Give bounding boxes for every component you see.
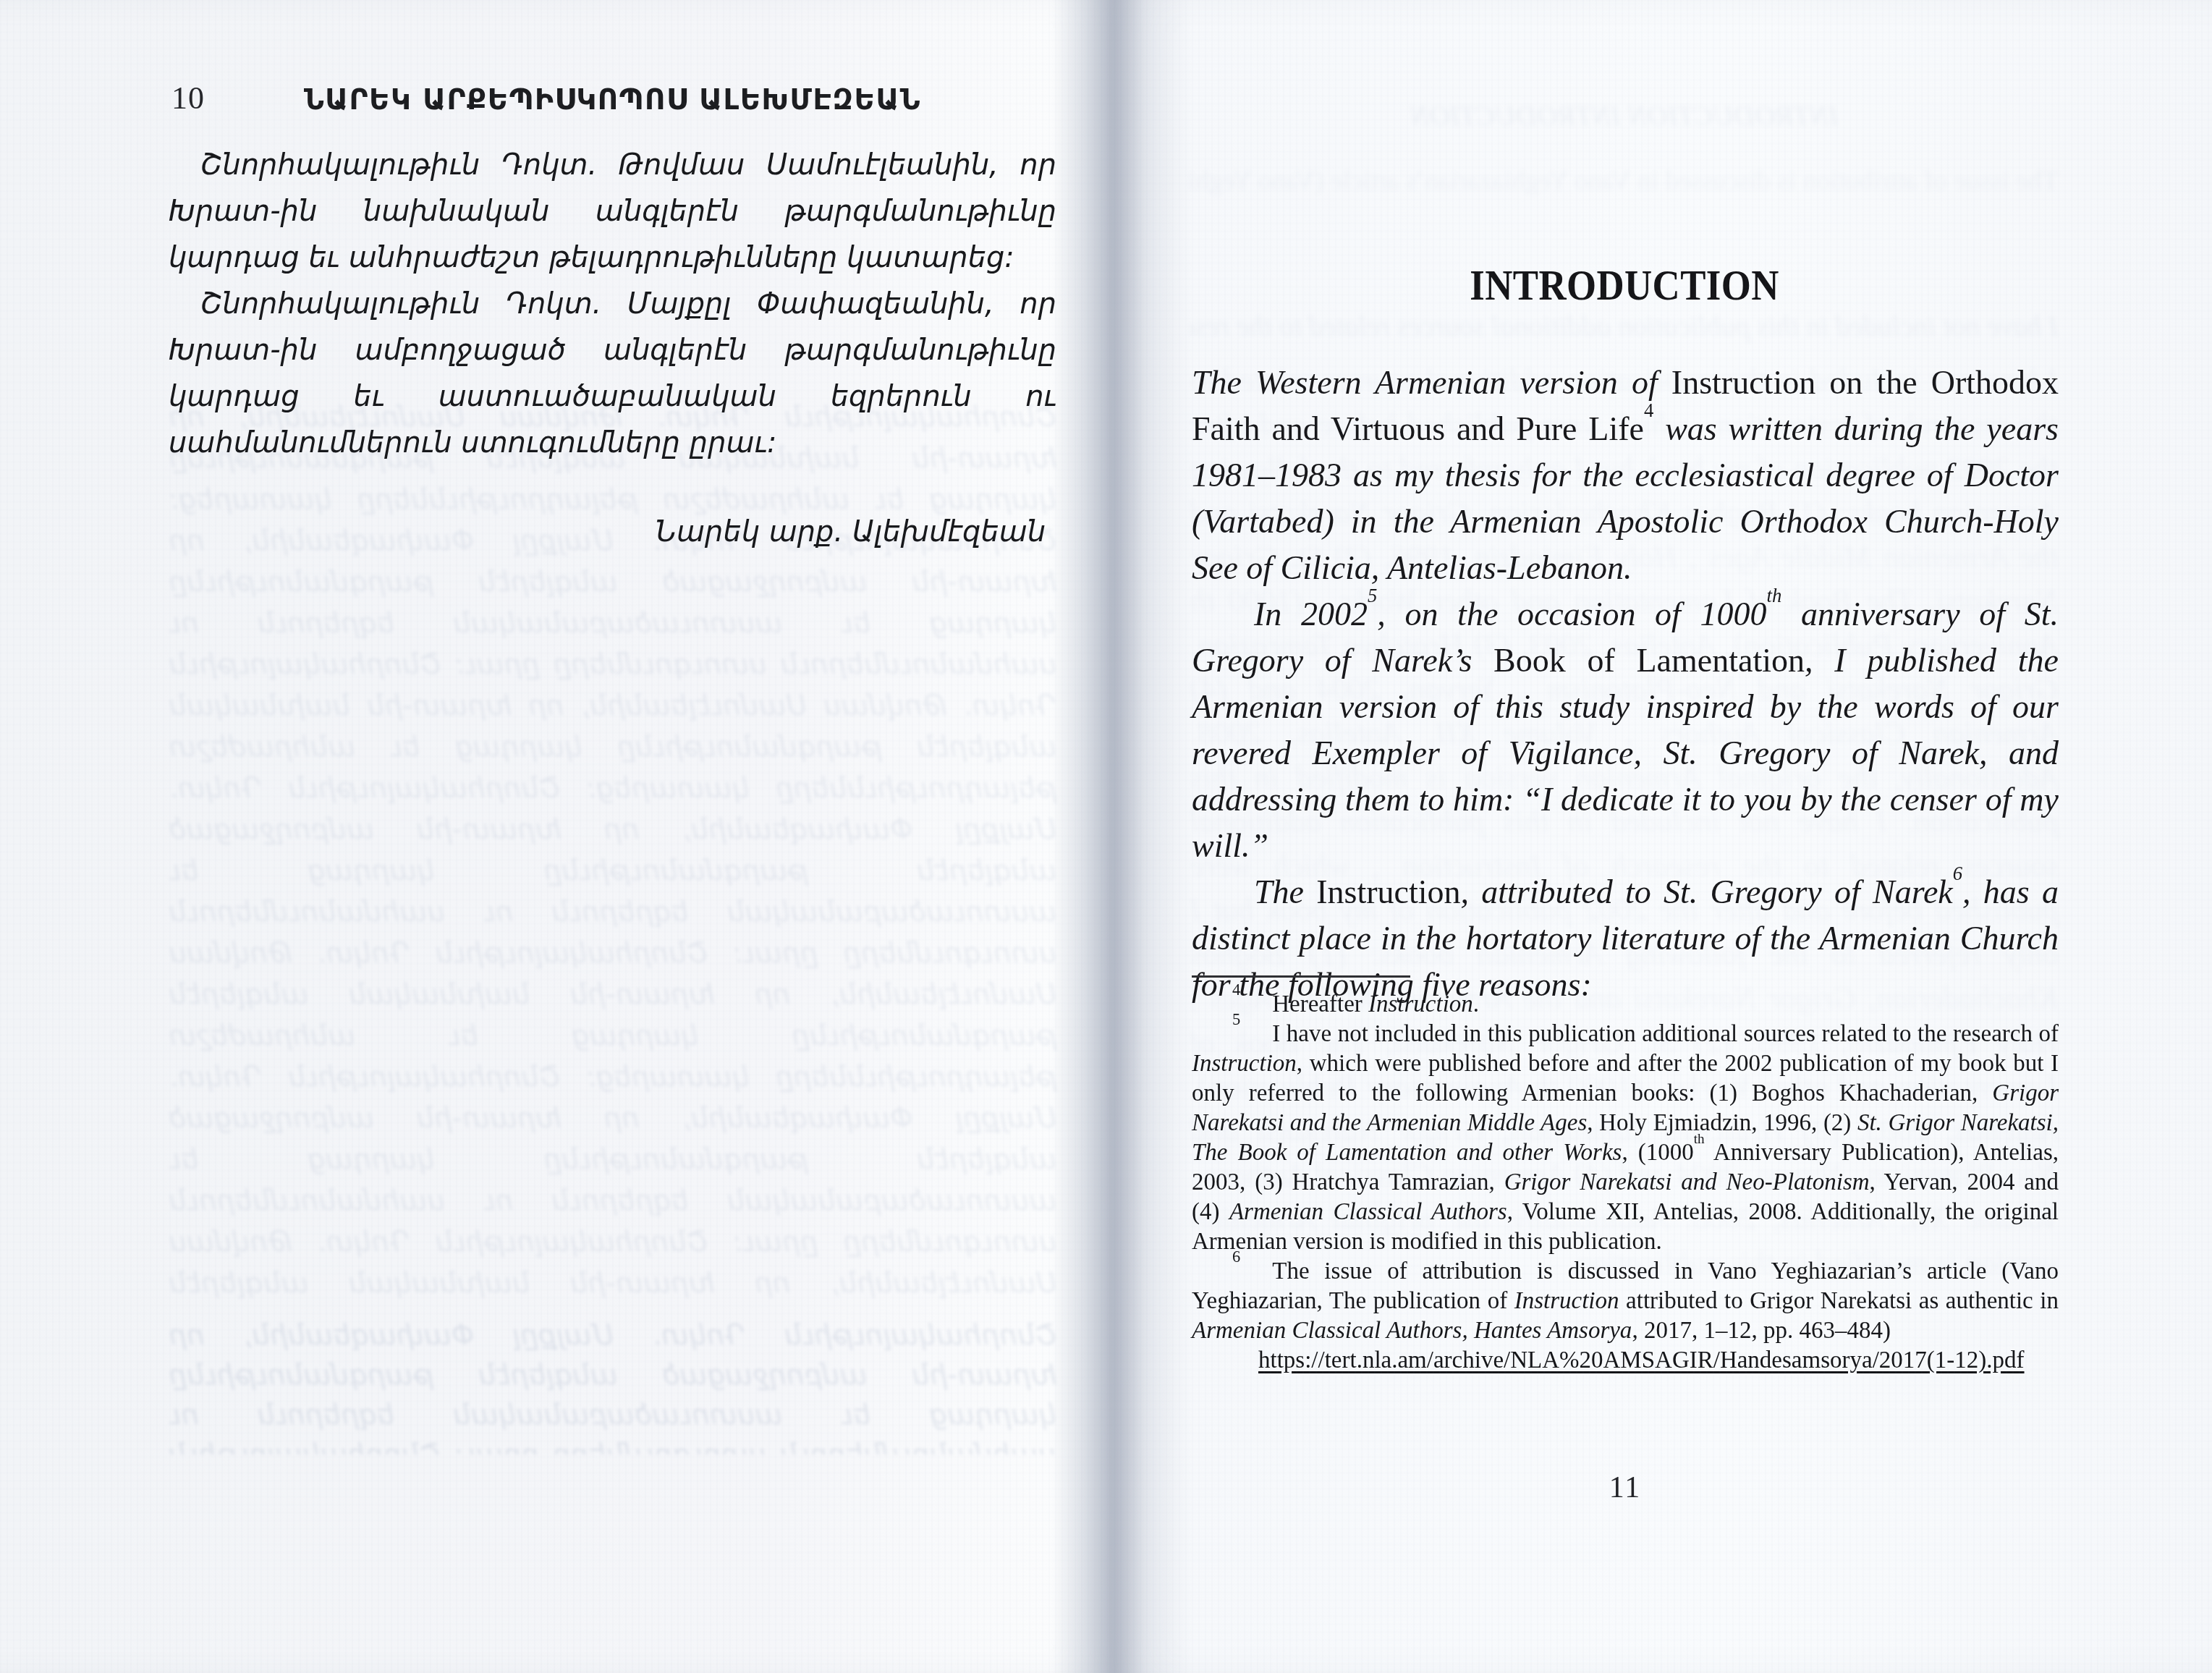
- chapter-title: INTRODUCTION: [1190, 261, 2059, 310]
- acknowledgement-paragraph: Շնորհակալութիւն Դոկտ. Թովմաս Սամուէլեանի…: [169, 142, 1056, 281]
- footnote-text: I have not included in this publication …: [1192, 1021, 2059, 1255]
- footnote-4: 4Hereafter Instruction.: [1192, 990, 2059, 1020]
- footnote-number: 5: [1232, 1010, 1240, 1028]
- footnote-url[interactable]: https://tert.nla.am/archive/NLA%20AMSAGI…: [1192, 1346, 2059, 1376]
- footnote-separator: [1192, 975, 1410, 978]
- running-header-author: ՆԱՐԵԿ ԱՐՔԵՊԻՍԿՈՊՈՍ ԱԼԵԽՄԷԶԵԱՆ: [169, 84, 1056, 117]
- body-paragraph: In 20025, on the occasion of 1000th anni…: [1192, 591, 2059, 869]
- footnote-number: 6: [1232, 1248, 1240, 1266]
- author-signature: Նարեկ արք. Ալեխմէզեան: [169, 515, 1046, 549]
- body-paragraph: The Western Armenian version of Instruct…: [1192, 360, 2059, 591]
- body-paragraph: The Instruction, attributed to St. Grego…: [1192, 869, 2059, 1008]
- page-number-right: 11: [1192, 1470, 2059, 1505]
- footnote-number: 4: [1232, 980, 1240, 999]
- footnote-text: Hereafter Instruction.: [1272, 991, 1479, 1017]
- footnote-5: 5I have not included in this publication…: [1192, 1020, 2059, 1257]
- acknowledgement-paragraph: Շնորհակալութիւն Դոկտ. Մայքըլ Փափազեանին,…: [169, 281, 1056, 466]
- footnote-6: 6The issue of attribution is discussed i…: [1192, 1257, 2059, 1346]
- footnote-text: The issue of attribution is discussed in…: [1192, 1258, 2059, 1344]
- book-scan: Շնորհակալութիւն Դոկտ. Թովմաս Սամուէլեանի…: [0, 0, 2212, 1673]
- bleed-through-text: Շնորհակալութիւն Դոկտ. Մայքըլ Փափազեանին,…: [169, 1316, 1056, 1454]
- footnotes: 4Hereafter Instruction. 5I have not incl…: [1192, 990, 2059, 1376]
- chapter-title-text: INTRODUCTION: [1470, 261, 1779, 310]
- acknowledgement-text: Շնորհակալութիւն Դոկտ. Թովմաս Սամուէլեանի…: [169, 142, 1056, 466]
- chapter-body: The Western Armenian version of Instruct…: [1192, 360, 2059, 1008]
